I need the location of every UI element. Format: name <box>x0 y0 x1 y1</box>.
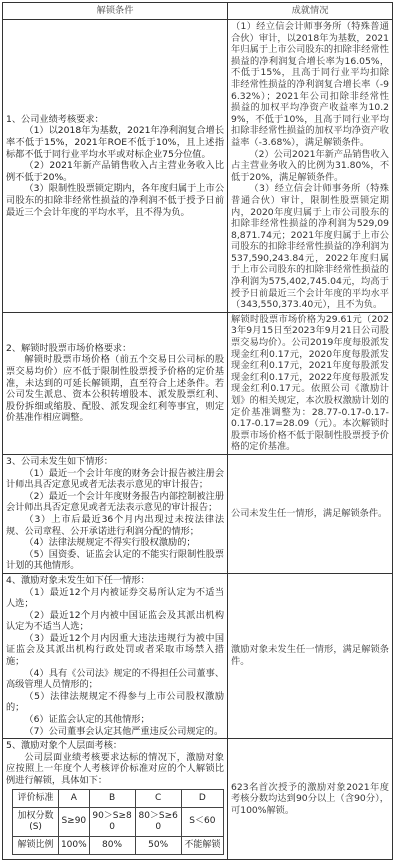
condition-item: （3）最近12个月内因重大违法违规行为被中国证监会及其派出机构行政处罚或者采取市… <box>6 633 224 655</box>
condition-item: （5）国资委、证监会认定的不能实行限制性股票计划的其他情形。 <box>6 549 224 572</box>
header-row: 解锁条件 成就情况 <box>3 3 393 20</box>
condition-item: （1）最近一个会计年度的财务会计报告被注册会计师出具否定意见或者无法表示意见的审… <box>6 468 224 491</box>
result-cell: 解锁时股票市场价格为29.61元（2023年9月15日至2023年9月21日公司… <box>228 312 393 454</box>
condition-item: （3）限制性股票锁定期内，各年度归属于上市公司股东的扣除非经常性损益的净利润不低… <box>6 183 224 218</box>
condition-item: （4）法律法规规定不得实行股权激励的； <box>6 537 224 549</box>
condition-item: （1）最近12个月内被证券交易所认定为不适当人选； <box>6 587 224 610</box>
condition-item: （1）以2018年为基数，2021年净利润复合增长率不低于15%，2021年RO… <box>6 125 224 160</box>
result-cell: 公司未发生任一情形，满足解锁条件。 <box>228 454 393 573</box>
table-row: 2、解锁时股票市场价格要求： 解锁时股票市场价格（前五个交易日公司标的股票交易均… <box>3 312 393 454</box>
header-unlock-conditions: 解锁条件 <box>3 3 228 20</box>
result-item: （1）经立信会计师事务所（特殊普通合伙）审计，以2018年为基数，2021年归属… <box>231 21 389 149</box>
result-item: 公司未发生任一情形，满足解锁条件。 <box>231 508 389 520</box>
unlock-conditions-table: 解锁条件 成就情况 1、公司业绩考核要求： （1）以2018年为基数，2021年… <box>2 2 393 655</box>
condition-cell: 1、公司业绩考核要求： （1）以2018年为基数，2021年净利润复合增长率不低… <box>3 20 228 313</box>
condition-item: （2）最近12个月内被中国证监会及其派出机构认定为不适当人选； <box>6 610 224 633</box>
table-row: 1、公司业绩考核要求： （1）以2018年为基数，2021年净利润复合增长率不低… <box>3 20 393 313</box>
table-row: 4、激励对象未发生如下任一情形： （1）最近12个月内被证券交易所认定为不适当人… <box>3 573 393 655</box>
condition-title: 1、公司业绩考核要求： <box>6 114 224 126</box>
condition-cell: 3、公司未发生如下情形： （1）最近一个会计年度的财务会计报告被注册会计师出具否… <box>3 454 228 573</box>
condition-cell: 2、解锁时股票市场价格要求： 解锁时股票市场价格（前五个交易日公司标的股票交易均… <box>3 312 228 454</box>
result-cell: 激励对象未发生任一情形，满足解锁条件。 <box>228 573 393 655</box>
condition-item: （2）2021年新产品销售收入占主营业务收入比例不低于20%。 <box>6 160 224 183</box>
result-item: （2）公司2021年新产品销售收入占主营业务收入的比例为31.80%，不低于20… <box>231 149 389 184</box>
condition-item: （2）最近一个会计年度财务报告内部控制被注册会计师出具否定意见或者无法表示意见的… <box>6 491 224 514</box>
table-row: 3、公司未发生如下情形： （1）最近一个会计年度的财务会计报告被注册会计师出具否… <box>3 454 393 573</box>
header-achievement: 成就情况 <box>228 3 393 20</box>
condition-item: 解锁时股票市场价格（前五个交易日公司标的股票交易均价）应不低于限制性股票授予价格… <box>6 354 224 424</box>
condition-item: （3）上市后最近36个月内出现过未按法律法规、公司章程、公开承诺进行利润分配的情… <box>6 514 224 537</box>
condition-cell: 4、激励对象未发生如下任一情形： （1）最近12个月内被证券交易所认定为不适当人… <box>3 573 228 655</box>
condition-title: 3、公司未发生如下情形： <box>6 456 224 468</box>
result-cell: （1）经立信会计师事务所（特殊普通合伙）审计，以2018年为基数，2021年归属… <box>228 20 393 313</box>
result-item: 激励对象未发生任一情形，满足解锁条件。 <box>231 644 389 655</box>
condition-title: 2、解锁时股票市场价格要求： <box>6 343 224 355</box>
result-item: 解锁时股票市场价格为29.61元（2023年9月15日至2023年9月21日公司… <box>231 314 389 453</box>
result-item: （3）经立信会计师事务所（特殊普通合伙）审计，限制性股票锁定期内，2020年度归… <box>231 183 389 311</box>
condition-title: 4、激励对象未发生如下任一情形： <box>6 575 224 587</box>
